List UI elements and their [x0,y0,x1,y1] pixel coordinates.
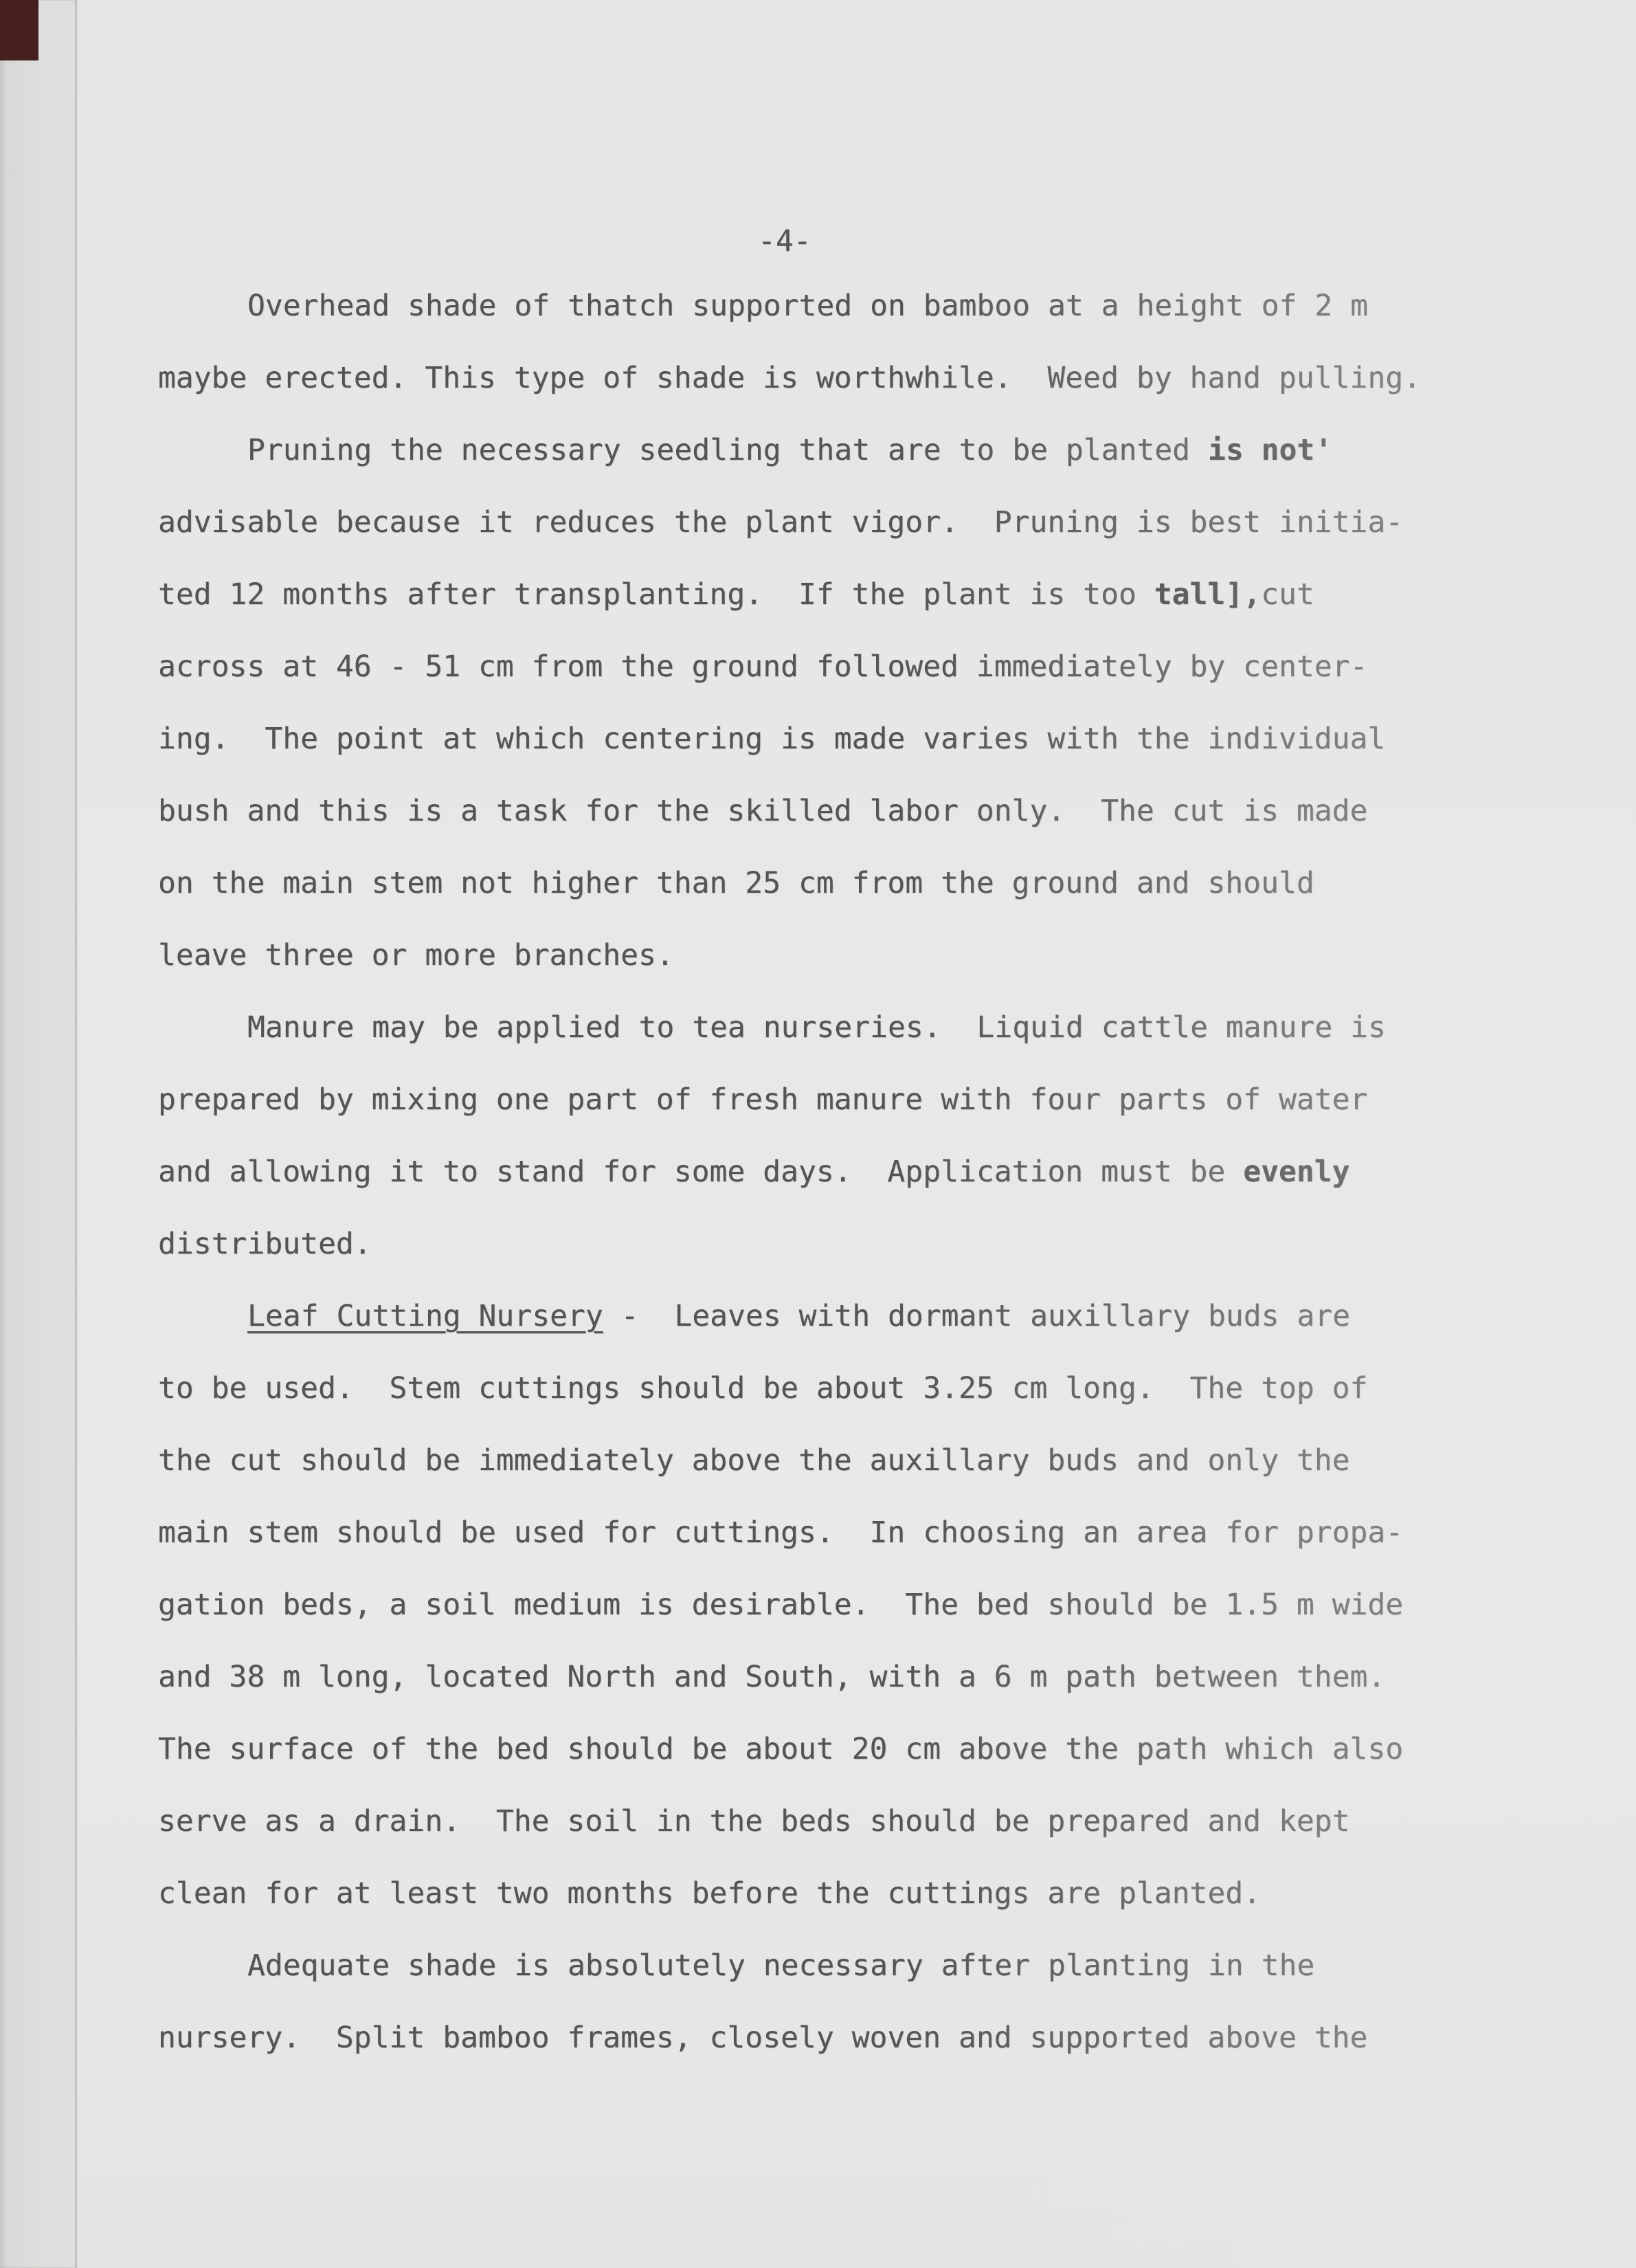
text-segment: tall], [1154,577,1261,612]
text-segment: leave three or more branches. [158,938,674,972]
text-segment: cut [1261,577,1314,612]
section-heading: Leaf Cutting Nursery [247,1299,603,1333]
text-line: and 38 m long, located North and South, … [158,1660,1532,1732]
text-line: the cut should be immediately above the … [158,1443,1532,1515]
text-segment: and allowing it to stand for some days. … [158,1155,1243,1189]
text-line: across at 46 - 51 cm from the ground fol… [158,649,1532,722]
text-segment: nursery. Split bamboo frames, closely wo… [158,2021,1367,2055]
text-line: serve as a drain. The soil in the beds s… [158,1804,1532,1876]
text-segment: the cut should be immediately above the … [158,1443,1350,1478]
text-line: clean for at least two months before the… [158,1876,1532,1948]
text-line: to be used. Stem cuttings should be abou… [158,1371,1532,1443]
scanned-document-page: -4- Overhead shade of thatch supported o… [0,0,1636,2268]
text-segment: prepared by mixing one part of fresh man… [158,1082,1367,1117]
text-segment: Adequate shade is absolutely necessary a… [247,1948,1314,1983]
text-line: distributed. [158,1227,1532,1299]
text-segment: maybe erected. This type of shade is wor… [158,361,1421,395]
text-line: maybe erected. This type of shade is wor… [158,361,1532,433]
text-line: on the main stem not higher than 25 cm f… [158,866,1532,938]
text-segment: clean for at least two months before the… [158,1876,1261,1911]
text-line: Manure may be applied to tea nurseries. … [158,1010,1532,1082]
text-segment: on the main stem not higher than 25 cm f… [158,866,1314,900]
text-line: main stem should be used for cuttings. I… [158,1515,1532,1588]
text-segment: distributed. [158,1227,372,1261]
text-line: Overhead shade of thatch supported on ba… [158,289,1532,361]
text-line: Pruning the necessary seedling that are … [158,433,1532,505]
text-line: advisable because it reduces the plant v… [158,505,1532,577]
text-line: ted 12 months after transplanting. If th… [158,577,1532,649]
text-line: and allowing it to stand for some days. … [158,1155,1532,1227]
scan-corner-mark [0,0,38,60]
text-line: leave three or more branches. [158,938,1532,1010]
scan-edge-shadow [0,0,77,2268]
text-segment: The surface of the bed should be about 2… [158,1732,1403,1766]
text-segment: main stem should be used for cuttings. I… [158,1515,1403,1550]
text-segment: Overhead shade of thatch supported on ba… [247,289,1368,323]
page-number: -4- [758,224,811,258]
text-segment: across at 46 - 51 cm from the ground fol… [158,649,1367,684]
text-segment: gation beds, a soil medium is desirable.… [158,1588,1403,1622]
text-line: bush and this is a task for the skilled … [158,794,1532,866]
text-segment: ing. The point at which centering is mad… [158,722,1385,756]
text-segment: - Leaves with dormant auxillary buds are [603,1299,1350,1333]
text-segment: bush and this is a task for the skilled … [158,794,1367,828]
text-line: Leaf Cutting Nursery - Leaves with dorma… [158,1299,1532,1371]
text-line: nursery. Split bamboo frames, closely wo… [158,2021,1532,2093]
text-segment: and 38 m long, located North and South, … [158,1660,1385,1694]
document-text: Overhead shade of thatch supported on ba… [158,289,1532,2093]
text-line: prepared by mixing one part of fresh man… [158,1082,1532,1155]
text-segment: is not' [1208,433,1332,467]
text-segment: ted 12 months after transplanting. If th… [158,577,1154,612]
text-segment: evenly [1243,1155,1349,1189]
text-segment: to be used. Stem cuttings should be abou… [158,1371,1367,1405]
text-line: The surface of the bed should be about 2… [158,1732,1532,1804]
text-line: gation beds, a soil medium is desirable.… [158,1588,1532,1660]
text-segment: Pruning the necessary seedling that are … [247,433,1208,467]
text-line: Adequate shade is absolutely necessary a… [158,1948,1532,2021]
text-line: ing. The point at which centering is mad… [158,722,1532,794]
text-segment: serve as a drain. The soil in the beds s… [158,1804,1350,1838]
text-segment: advisable because it reduces the plant v… [158,505,1403,540]
text-segment: Manure may be applied to tea nurseries. … [247,1010,1386,1045]
